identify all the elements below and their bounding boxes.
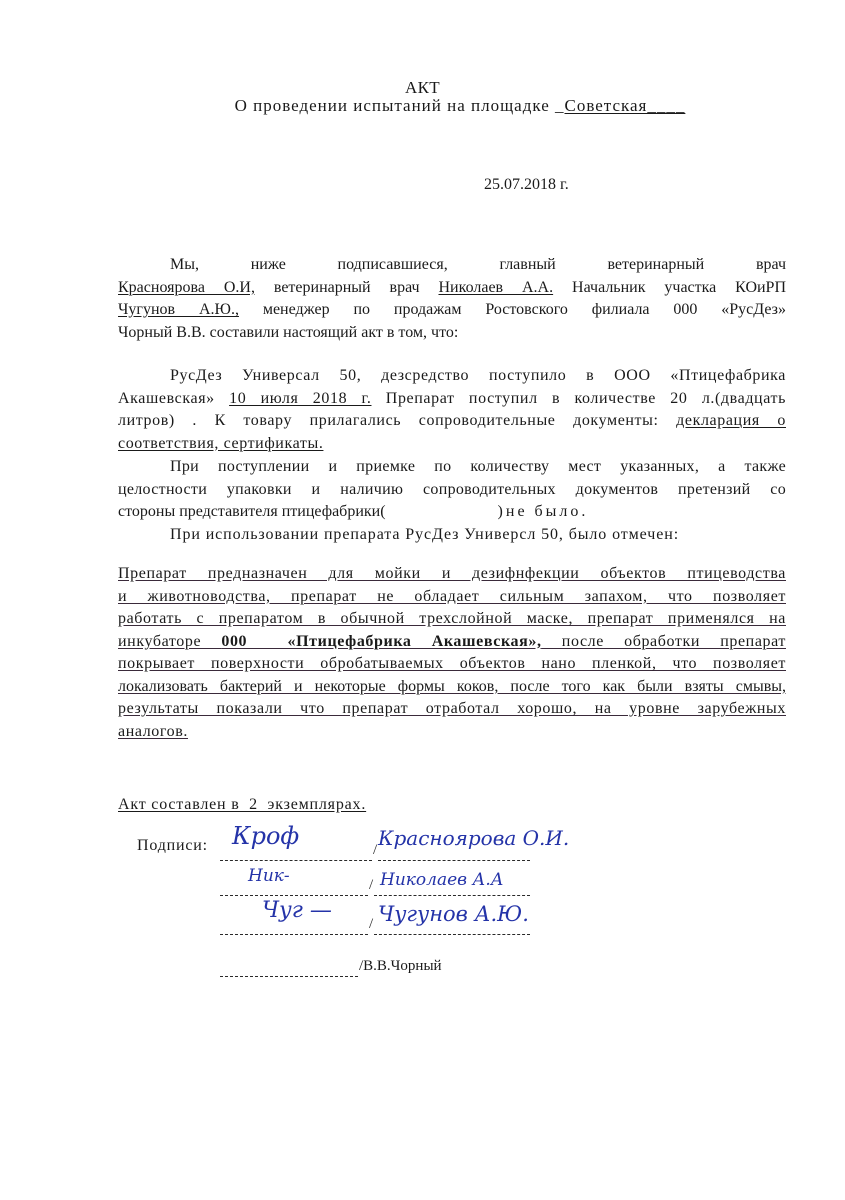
participants-line-4: Чорный В.В. составили настоящий акт в то… [118, 322, 786, 345]
delivery-date: 10 июля 2018 г. [229, 390, 371, 407]
text: Препарат поступил в количестве 20 л.(два… [371, 390, 786, 407]
company-name-bold: 000 «Птицефабрика Акашевская», [221, 633, 541, 650]
participants-line-3: Чугунов А.Ю., менеджер по продажам Росто… [118, 299, 786, 322]
document-title: АКТ [0, 78, 845, 98]
handwritten-name-3: Чугунов А.Ю. [378, 902, 529, 926]
text: )не было. [498, 503, 589, 520]
paragraph-findings: Препарат предназначен для мойки и дезифн… [118, 563, 786, 743]
slash-2: / [369, 877, 373, 894]
site-prefix-blank: _ [555, 96, 565, 115]
word: главный [499, 256, 555, 273]
paragraph-delivery: РусДез Универсал 50, дезсредство поступи… [118, 365, 786, 455]
findings-line-7: результаты показали что препарат отработ… [118, 698, 786, 721]
findings-line-4: инкубаторе 000 «Птицефабрика Акашевская»… [118, 631, 786, 654]
document-subtitle: О проведении испытаний на площадке _Сове… [180, 96, 740, 116]
signature-line-4 [220, 956, 358, 977]
text: литров) . К товару прилагались сопроводи… [118, 412, 676, 429]
acceptance-line-1: При поступлении и приемке по количеству … [118, 456, 786, 479]
handwritten-signature-2: Ник- [248, 866, 290, 886]
text: менеджер по продажам Ростовского филиала… [239, 301, 786, 318]
signatures-label: Подписи: [137, 837, 208, 855]
handwritten-name-1: Красноярова О.И. [378, 826, 569, 850]
findings-line-8: аналогов. [118, 721, 786, 744]
findings-line-3: работать с препаратом в обычной трехслой… [118, 608, 786, 631]
slash-1: / [373, 842, 377, 859]
documents-certificates: соответствия, сертификаты. [118, 435, 323, 452]
site-name: Советская____ [565, 96, 686, 115]
usage-line-1: При использовании препарата РусДез Униве… [118, 524, 786, 547]
handwritten-signature-1: Кроф [232, 822, 299, 850]
paragraph-participants: Мы, ниже подписавшиеся, главный ветерина… [118, 254, 786, 344]
text: Начальник участка КОиРП [553, 279, 786, 296]
blank-space [386, 501, 498, 524]
text: инкубаторе [118, 633, 221, 650]
text: стороны представителя птицефабрики( [118, 503, 386, 520]
name-nikolaev: Николаев А.А. [438, 279, 553, 296]
delivery-line-2: Акашевская» 10 июля 2018 г. Препарат пос… [118, 388, 786, 411]
name-chugunov: Чугунов А.Ю., [118, 301, 239, 318]
text: ветеринарный врач [255, 279, 439, 296]
findings-line-1: Препарат предназначен для мойки и дезифн… [118, 563, 786, 586]
word: ветеринарный [607, 256, 704, 273]
findings-line-5: покрывает поверхности обробатываемых объ… [118, 653, 786, 676]
paragraph-usage: При использовании препарата РусДез Униве… [118, 524, 786, 547]
text: Акашевская» [118, 390, 229, 407]
acceptance-line-2: целостности упаковки и наличию сопроводи… [118, 479, 786, 502]
handwritten-name-2: Николаев А.А [380, 870, 504, 890]
word: Мы, [170, 256, 199, 273]
slash-3: / [369, 916, 373, 933]
acceptance-line-3: стороны представителя птицефабрики( )не … [118, 501, 786, 524]
copies-statement: Акт составлен в 2 экземплярах. [118, 796, 366, 814]
printed-name-chorny: /В.В.Чорный [359, 958, 442, 975]
scanned-document-page: АКТ О проведении испытаний на площадке _… [0, 0, 845, 1200]
participants-line-2: Красноярова О.И, ветеринарный врач Никол… [118, 277, 786, 300]
text: после обработки препарат [542, 633, 786, 650]
delivery-line-4: соответствия, сертификаты. [118, 433, 786, 456]
findings-line-2: и животноводства, препарат не обладает с… [118, 586, 786, 609]
word: врач [756, 256, 786, 273]
participants-line-1: Мы, ниже подписавшиеся, главный ветерина… [118, 254, 786, 277]
word: ниже [251, 256, 286, 273]
subtitle-text: О проведении испытаний на площадке [235, 96, 555, 115]
delivery-line-3: литров) . К товару прилагались сопроводи… [118, 410, 786, 433]
handwritten-signature-3: Чуг — [262, 898, 332, 923]
findings-line-6: локализовать бактерий и некоторые формы … [118, 676, 786, 699]
word: подписавшиеся, [338, 256, 448, 273]
document-date: 25.07.2018 г. [484, 176, 569, 194]
signature-line-2 [220, 875, 368, 896]
paragraph-acceptance: При поступлении и приемке по количеству … [118, 456, 786, 524]
documents-declaration: декларация о [676, 412, 786, 429]
delivery-line-1: РусДез Универсал 50, дезсредство поступи… [118, 365, 786, 388]
printed-name-text: В.В.Чорный [363, 958, 441, 974]
name-krasnoyarova: Красноярова О.И, [118, 279, 255, 296]
